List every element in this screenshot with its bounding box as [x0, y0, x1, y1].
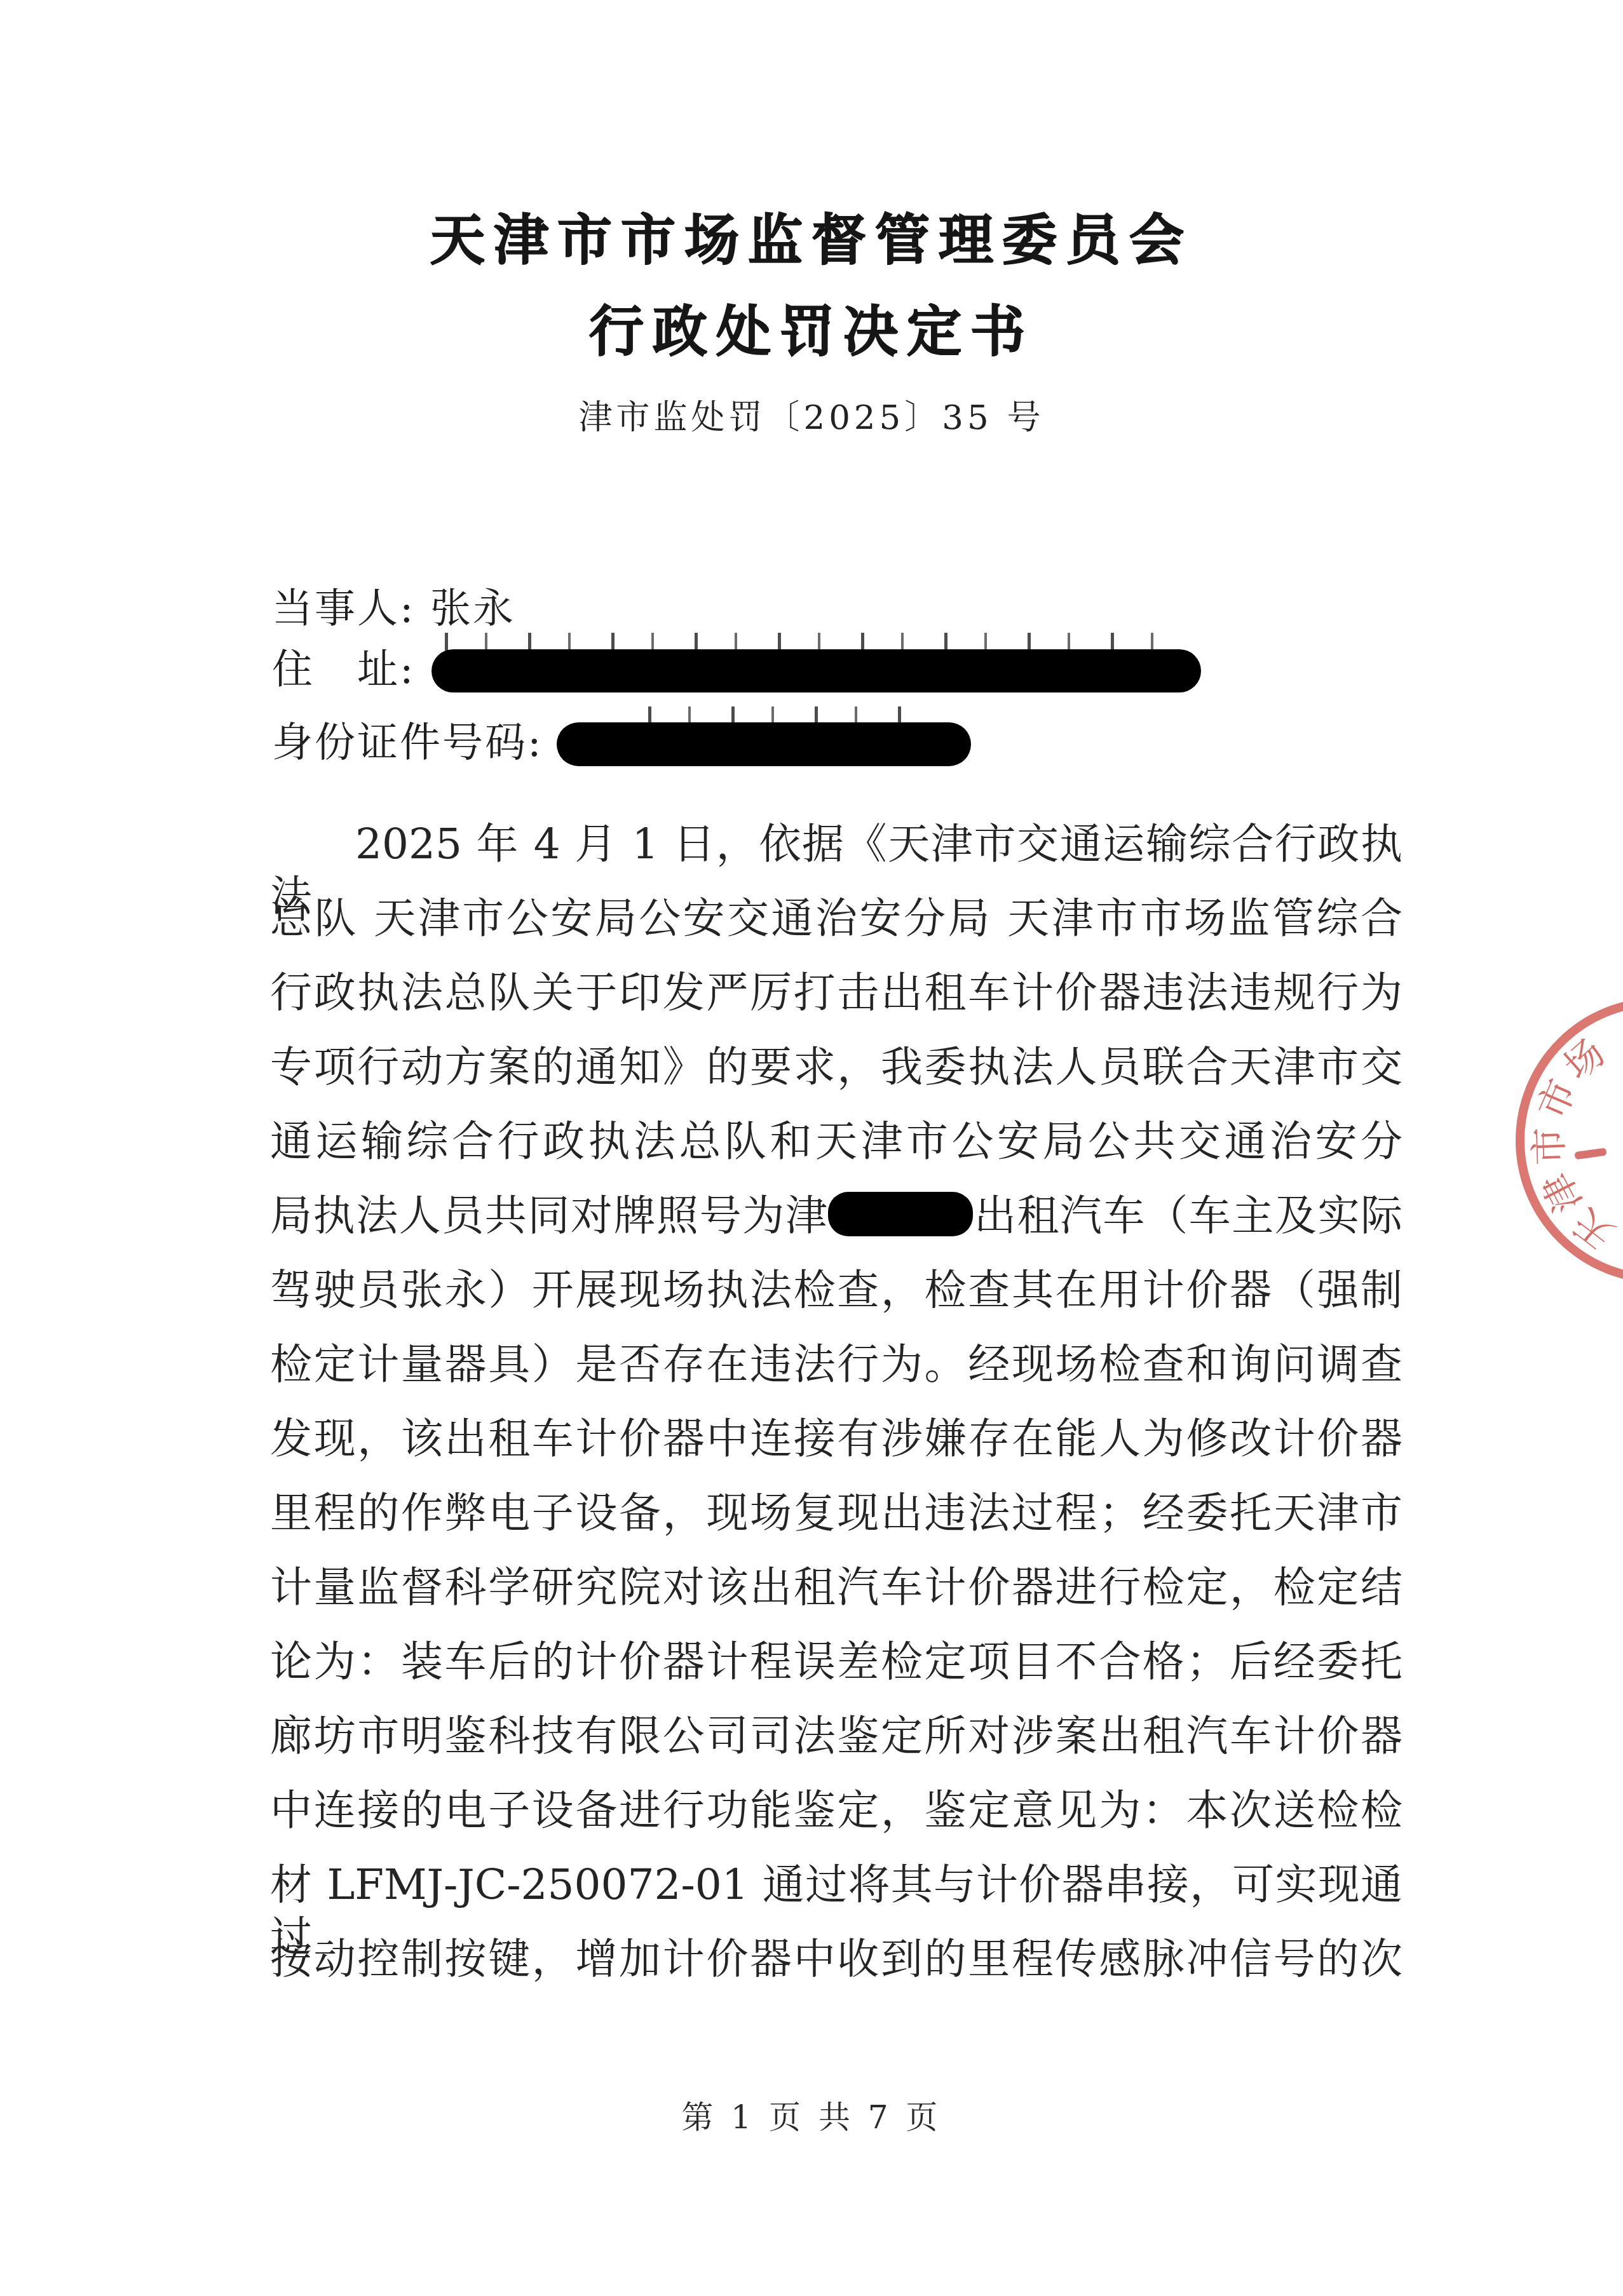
body-line-8: 检定计量器具）是否存在违法行为。经现场检查和询问调查: [270, 1339, 1402, 1391]
seal-inner-mark: [1574, 1148, 1606, 1160]
body-line-5: 通运输综合行政执法总队和天津市公安局公共交通治安分: [270, 1116, 1402, 1168]
body-line-14: 中连接的电子设备进行功能鉴定，鉴定意见为：本次送检检: [270, 1785, 1402, 1837]
body-line-3: 行政执法总队关于印发严厉打击出租车计价器违法违规行为: [270, 967, 1402, 1019]
document-title-line2: 行政处罚决定书: [0, 305, 1623, 360]
body-line-6: 局执法人员共同对牌照号为津出租汽车（车主及实际: [270, 1190, 1402, 1242]
body-line-2: 总队 天津市公安局公安交通治安分局 天津市市场监管综合: [270, 893, 1402, 945]
id-redaction-bar: [557, 722, 971, 766]
body-line-11: 计量监督科学研究院对该出租汽车计价器进行检定，检定结: [270, 1562, 1402, 1614]
document-page: 天津市市场监督管理委员会 行政处罚决定书 津市监处罚〔2025〕35 号 当事人…: [0, 0, 1623, 2296]
address-redaction-artifact: [445, 633, 1182, 651]
id-redaction-artifact: [648, 706, 931, 724]
official-red-seal: 天津市市场: [1449, 940, 1623, 1347]
document-number: 津市监处罚〔2025〕35 号: [0, 398, 1623, 438]
body-line-6-pre: 局执法人员共同对牌照号为津: [270, 1191, 828, 1240]
party-name-line: 当事人: 张永: [272, 586, 515, 633]
id-number-label: 身份证件号码:: [272, 720, 543, 767]
document-title-line1: 天津市市场监督管理委员会: [0, 213, 1623, 268]
body-line-10: 里程的作弊电子设备，现场复现出违法过程；经委托天津市: [270, 1487, 1402, 1539]
body-line-4: 专项行动方案的通知》的要求，我委执法人员联合天津市交: [270, 1041, 1402, 1093]
body-line-7: 驾驶员张永）开展现场执法检查，检查其在用计价器（强制: [270, 1264, 1402, 1316]
body-line-6-post: 出租汽车（车主及实际: [973, 1191, 1402, 1240]
body-line-9: 发现，该出租车计价器中连接有涉嫌存在能人为修改计价器: [270, 1413, 1402, 1465]
address-label: 住 址:: [272, 647, 416, 694]
body-line-12: 论为：装车后的计价器计程误差检定项目不合格；后经委托: [270, 1636, 1402, 1688]
body-line-13: 廊坊市明鉴科技有限公司司法鉴定所对涉案出租汽车计价器: [270, 1710, 1402, 1762]
page-number-footer: 第 1 页 共 7 页: [0, 2092, 1623, 2138]
body-line-16: 按动控制按键，增加计价器中收到的里程传感脉冲信号的次: [270, 1933, 1402, 1985]
plate-number-redaction-bar: [828, 1192, 973, 1236]
address-redaction-bar: [431, 649, 1201, 692]
